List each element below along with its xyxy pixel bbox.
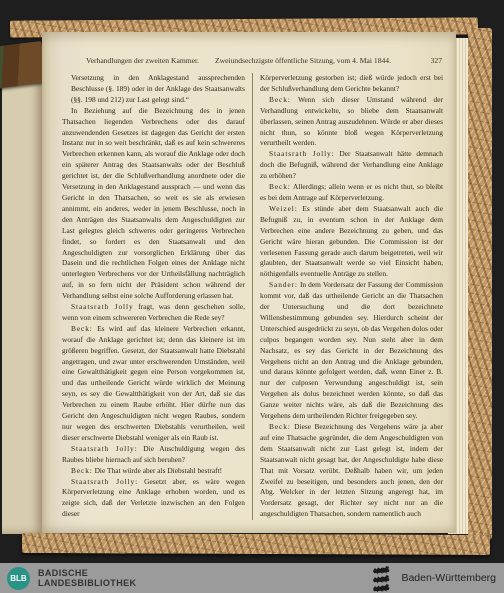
library-name: BADISCHE LANDESBIBLIOTHEK xyxy=(38,568,136,589)
library-name-line2: LANDESBIBLIOTHEK xyxy=(38,578,136,589)
speaker-name: Staatsrath Jolly xyxy=(71,302,134,311)
paragraph: In Beziehung auf die Bezeichnung des in … xyxy=(62,106,245,302)
paragraph: Versetzung in den Anklagestand aussprech… xyxy=(62,73,245,106)
speaker-name: Weizel: xyxy=(269,204,298,213)
paragraph-text: In dem Vordersatz der Fassung der Commis… xyxy=(260,280,443,420)
paragraph: Beck: Es wird auf das kleinere Verbreche… xyxy=(62,324,245,444)
speaker-name: Staatsrath Jolly: xyxy=(269,149,335,158)
page-header: Verhandlungen der zweiten Kammer. Zweiun… xyxy=(42,32,456,65)
paragraph: Weizel: Es stünde aber dem Staatsanwalt … xyxy=(260,204,443,280)
left-column: Versetzung in den Anklagestand aussprech… xyxy=(62,73,252,520)
library-brand-bar: BLB BADISCHE LANDESBIBLIOTHEK Baden-Würt… xyxy=(0,563,504,593)
paragraph-text: Versetzung in den Anklagestand aussprech… xyxy=(71,73,245,104)
paragraph: Staatsrath Jolly fragt, was denn gescheh… xyxy=(62,302,245,324)
speaker-name: Beck: xyxy=(71,466,93,475)
paragraph: Beck: Die That würde aber als Diebstahl … xyxy=(62,466,245,477)
paragraph: Beck: Diese Bezeichnung des Vergehens wä… xyxy=(260,422,443,520)
blb-logo-icon: BLB xyxy=(7,567,30,590)
paragraph-text: Diese Bezeichnung des Vergehens wäre ja … xyxy=(260,422,443,518)
text-columns: Versetzung in den Anklagestand aussprech… xyxy=(62,73,443,520)
page-number: 327 xyxy=(431,56,442,65)
book-cover-corner xyxy=(0,41,46,89)
blb-abbr: BLB xyxy=(10,574,26,583)
paragraph: Staatsrath Jolly: Die Anschuldigung wege… xyxy=(62,444,245,466)
paragraph-text: In Beziehung auf die Bezeichnung des in … xyxy=(62,106,245,300)
paragraph: Beck: Allerdings; allein wenn er es nich… xyxy=(260,182,443,204)
coat-of-arms-icon xyxy=(371,565,395,592)
right-column: Körperverletzung gestorben ist; dieß wür… xyxy=(252,73,443,520)
state-label: Baden-Württemberg xyxy=(401,572,496,584)
book-bottom-edge xyxy=(22,533,490,555)
state-brand: Baden-Württemberg xyxy=(371,565,496,592)
paragraph: Beck: Wenn sich dieser Umstand während d… xyxy=(260,95,443,150)
paragraph: Staatsrath Jolly: Der Staatsanwalt hätte… xyxy=(260,149,443,182)
paragraph-text: Die That würde aber als Diebstahl bestra… xyxy=(93,466,222,475)
speaker-name: Staatsrath Jolly: xyxy=(71,444,138,453)
paragraph: Staatsrath Jolly: Gesetzt aber, es wäre … xyxy=(62,477,245,521)
paragraph-text: Es wird auf das kleinere Verbrechen erka… xyxy=(62,324,245,442)
speaker-name: Beck: xyxy=(269,182,291,191)
journal-title: Verhandlungen der zweiten Kammer. xyxy=(86,56,199,65)
paragraph: Körperverletzung gestorben ist; dieß wür… xyxy=(260,73,443,95)
session-title: Zweiundsechzigste öffentliche Sitzung, v… xyxy=(215,56,391,65)
book-page: Verhandlungen der zweiten Kammer. Zweiun… xyxy=(42,32,456,533)
paragraph: Sander: In dem Vordersatz der Fassung de… xyxy=(260,280,443,422)
library-name-line1: BADISCHE xyxy=(38,568,136,579)
adjacent-page-edge xyxy=(2,72,46,534)
speaker-name: Beck: xyxy=(71,324,93,333)
speaker-name: Sander: xyxy=(269,280,298,289)
photo-stage: Verhandlungen der zweiten Kammer. Zweiun… xyxy=(0,0,504,593)
paragraph-text: Es stünde aber dem Staatsanwalt auch die… xyxy=(260,204,443,278)
speaker-name: Beck: xyxy=(269,422,291,431)
book-right-edge xyxy=(468,28,492,540)
paragraph-text: Körperverletzung gestorben ist; dieß wür… xyxy=(260,73,443,93)
speaker-name: Beck: xyxy=(269,95,291,104)
speaker-name: Staatsrath Jolly: xyxy=(71,477,138,486)
